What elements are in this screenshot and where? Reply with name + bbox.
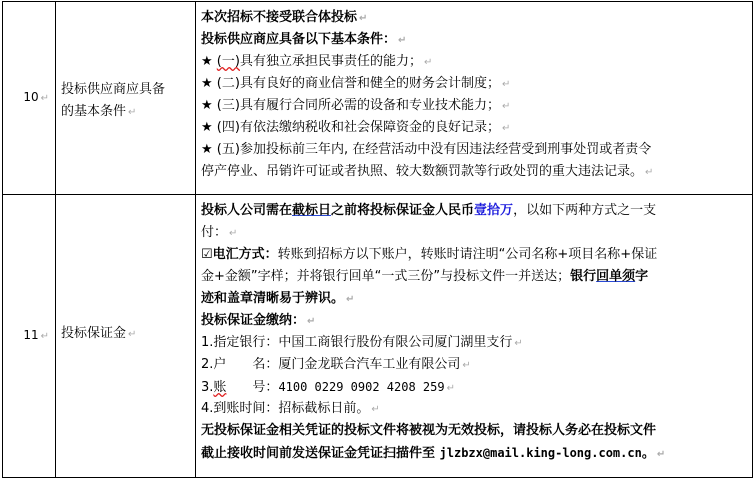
row-label: 投标保证金↵	[61, 323, 193, 346]
row-content: 本次招标不接受联合体投标↵ 投标供应商应具备以下基本条件：↵ ★ (一)具有独立…	[201, 7, 751, 183]
row-number: 11↵	[3, 328, 55, 342]
arrival-time-field: 4.到账时间：招标截标日前。↵	[201, 398, 751, 420]
requirements-table: 10↵ 投标供应商应具备 的基本条件↵ 本次招标不接受联合体投标↵ 投标供应商应…	[2, 1, 753, 478]
account-number-field: 3.账 号：4100 0229 0902 4208 259↵	[201, 376, 751, 398]
content-line: 本次招标不接受联合体投标↵	[201, 7, 751, 29]
label-line: 投标供应商应具备	[61, 79, 193, 101]
column-divider	[195, 2, 196, 194]
row-number: 10↵	[3, 90, 55, 104]
condition-item: ★ (三)具有履行合同所必需的设备和专业技术能力；↵	[201, 95, 751, 117]
content-line: 金+金额”字样；并将银行回单“一式三份”与投标文件一并送达；银行回单须字	[201, 266, 751, 288]
condition-item: ★ (五)参加投标前三年内, 在经营活动中没有因违法经营受到刑事处罚或者责令	[201, 139, 751, 161]
column-divider	[195, 195, 196, 477]
column-divider	[55, 2, 56, 194]
condition-item: ★ (二)具有良好的商业信誉和健全的财务会计制度；↵	[201, 73, 751, 95]
content-line: 投标人公司需在截标日之前将投标保证金人民币壹拾万，以如下两种方式之一支	[201, 200, 751, 222]
warning-line: 截止接收时间前发送保证金凭证扫描件至 jlzbzx@mail.king-long…	[201, 442, 751, 464]
star-icon: ★	[201, 120, 213, 135]
star-icon: ★	[201, 76, 213, 91]
condition-item-continued: 停产停业、吊销许可证或者执照、较大数额罚款等行政处罚的重大违法记录。↵	[201, 161, 751, 183]
warning-line: 无投标保证金相关凭证的投标文件将被视为无效投标，请投标人务必在投标文件	[201, 420, 751, 442]
amount-text: 壹拾万	[474, 203, 513, 218]
star-icon: ★	[201, 54, 213, 69]
content-line: 付：↵	[201, 222, 751, 244]
bank-field: 1.指定银行：中国工商银行股份有限公司厦门湖里支行↵	[201, 332, 751, 354]
content-line: 投标供应商应具备以下基本条件：↵	[201, 29, 751, 51]
email-link[interactable]: jlzbzx@mail.king-long.com.cn	[440, 446, 642, 460]
content-line: 投标保证金缴纳：↵	[201, 310, 751, 332]
account-name-field: 2.户 名：厦门金龙联合汽车工业有限公司↵	[201, 354, 751, 376]
condition-item: ★ (一)具有独立承担民事责任的能力；↵	[201, 51, 751, 73]
row-content: 投标人公司需在截标日之前将投标保证金人民币壹拾万，以如下两种方式之一支 付：↵ …	[201, 200, 751, 464]
content-line: ☑电汇方式：转账到招标方以下账户，转账时请注明“公司名称+项目名称+保证	[201, 244, 751, 266]
row-label: 投标供应商应具备 的基本条件↵	[61, 79, 193, 124]
content-line: 迹和盖章清晰易于辨识。↵	[201, 288, 751, 310]
table-row-10: 10↵ 投标供应商应具备 的基本条件↵ 本次招标不接受联合体投标↵ 投标供应商应…	[3, 2, 752, 195]
star-icon: ★	[201, 142, 213, 157]
label-line: 的基本条件↵	[61, 101, 193, 124]
deadline-term: 截标日	[292, 203, 331, 218]
table-row-11: 11↵ 投标保证金↵ 投标人公司需在截标日之前将投标保证金人民币壹拾万，以如下两…	[3, 195, 752, 477]
column-divider	[55, 195, 56, 477]
star-icon: ★	[201, 98, 213, 113]
checkbox-icon: ☑	[201, 247, 213, 262]
condition-item: ★ (四)有依法缴纳税收和社会保障资金的良好记录；↵	[201, 117, 751, 139]
